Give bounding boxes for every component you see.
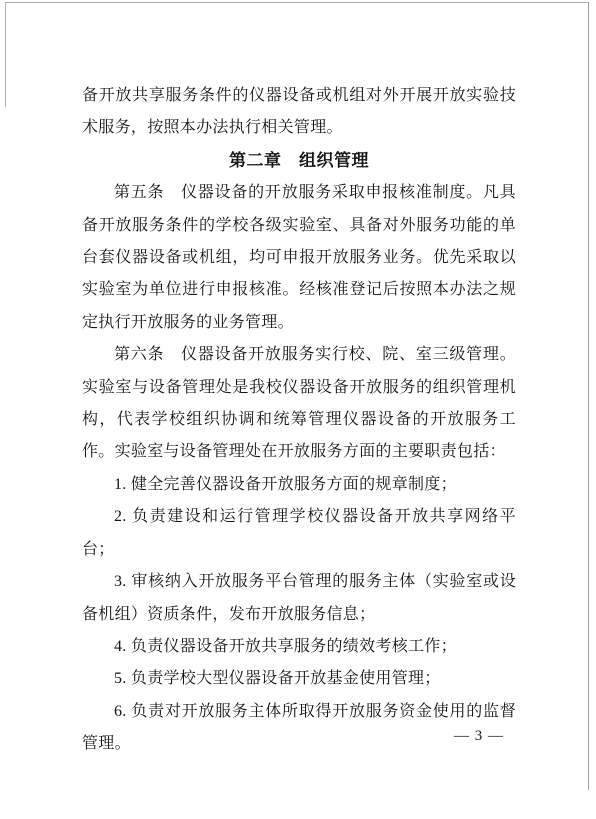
chapter-heading: 第二章 组织管理 [82, 145, 516, 177]
page-number: — 3 — [454, 727, 504, 745]
article-5-paragraph: 第五条 仪器设备的开放服务采取申报核准制度。凡具备开放服务条件的学校各级实验室、… [82, 177, 516, 339]
duty-item-5: 5. 负责学校大型仪器设备开放基金使用管理； [82, 663, 516, 695]
duty-item-6: 6. 负责对开放服务主体所取得开放服务资金使用的监督管理。 [82, 696, 516, 761]
continuation-paragraph: 备开放共享服务条件的仪器设备或机组对外开展开放实验技术服务，按照本办法执行相关管… [82, 80, 516, 145]
scanned-document-page: { "content": { "continuation_paragraph":… [0, 0, 596, 819]
duty-item-1: 1. 健全完善仪器设备开放服务方面的规章制度； [82, 469, 516, 501]
scan-edge-right [588, 2, 589, 790]
duty-item-4: 4. 负责仪器设备开放共享服务的绩效考核工作； [82, 631, 516, 663]
scan-edge-top [5, 2, 588, 3]
duty-item-2: 2. 负责建设和运行管理学校仪器设备开放共享网络平台； [82, 501, 516, 566]
document-body: 备开放共享服务条件的仪器设备或机组对外开展开放实验技术服务，按照本办法执行相关管… [82, 80, 516, 761]
article-6-paragraph: 第六条 仪器设备开放服务实行校、院、室三级管理。实验室与设备管理处是我校仪器设备… [82, 339, 516, 469]
scan-edge-left [5, 2, 6, 107]
duty-item-3: 3. 审核纳入开放服务平台管理的服务主体（实验室或设备机组）资质条件，发布开放服… [82, 566, 516, 631]
